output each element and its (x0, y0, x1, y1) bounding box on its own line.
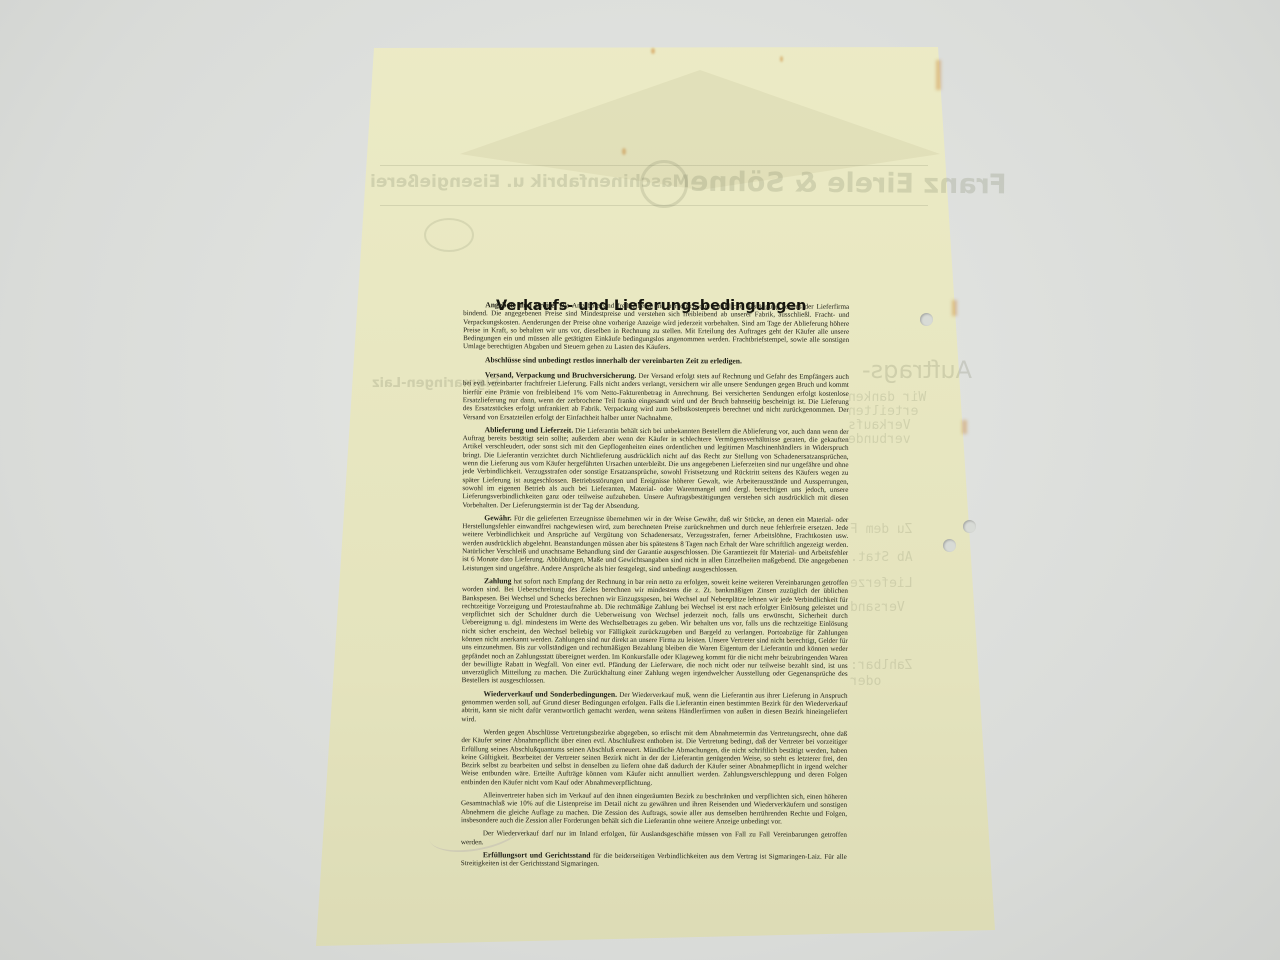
ghost-fragment: erteilten (848, 404, 918, 419)
ghost-company-name: Franz Eirele & Söhne (690, 167, 1007, 201)
terms-section: Werden gegen Abschlüsse Vertretungsbezir… (461, 728, 847, 788)
punch-hole (943, 539, 956, 552)
section-heading: Angebote und Preise. (485, 300, 556, 309)
ghost-fragment: Lieferze (850, 576, 913, 591)
terms-section: Alleinvertreter haben sich im Verkauf au… (461, 791, 847, 826)
edge-stain (936, 60, 941, 90)
punch-hole (963, 520, 976, 533)
terms-section: Zahlung hat sofort nach Empfang der Rech… (462, 577, 848, 687)
section-text: Für die gelieferten Erzeugnisse übernehm… (462, 514, 848, 573)
edge-stain (952, 300, 957, 316)
punch-hole (920, 313, 933, 326)
ghost-fragment: Wir danken (848, 390, 926, 405)
ghost-medal (424, 218, 474, 252)
section-heading: Zahlung (484, 576, 511, 585)
ghost-fragment: oder (850, 674, 881, 689)
section-heading: Abschlüsse sind unbedingt restlos innerh… (485, 355, 742, 365)
ghost-fragment: Ab Stat. (850, 550, 913, 565)
terms-section: Wiederverkauf und Sonderbedingungen. Der… (461, 690, 847, 725)
terms-section: Erfüllungsort und Gerichtsstand für die … (461, 851, 847, 869)
section-text: Der Versand erfolgt stets auf Rechnung u… (463, 372, 849, 422)
section-heading: Ablieferung und Lieferzeit. (485, 425, 574, 434)
section-heading: Versand, Verpackung und Bruchversicherun… (485, 370, 636, 380)
section-text: Die Angebote sind freibleibend und nur d… (463, 302, 849, 352)
terms-section: Der Wiederverkauf darf nur im Inland erf… (461, 829, 847, 847)
section-text: Alleinvertreter haben sich im Verkauf au… (461, 791, 847, 825)
ghost-order-heading: Auftrags- (862, 356, 972, 384)
section-heading: Wiederverkauf und Sonderbedingungen. (484, 689, 617, 699)
ghost-fragment: Zu dem F (850, 522, 913, 537)
terms-section: Angebote und Preise. Die Angebote sind f… (463, 301, 849, 352)
terms-section: Gewähr. Für die gelieferten Erzeugnisse … (462, 514, 848, 574)
section-text: Die Lieferantin behält sich bei unbekann… (462, 427, 848, 510)
section-heading: Gewähr. (484, 513, 511, 522)
section-text: hat sofort nach Empfang der Rechnung in … (462, 577, 848, 685)
section-text: Werden gegen Abschlüsse Vertretungsbezir… (461, 728, 847, 787)
section-text: Der Wiederverkauf darf nur im Inland erf… (461, 829, 847, 845)
ghost-fragment: Versand (850, 600, 905, 615)
ghost-company-subtitle: Maschinenfabrik u. Eisengießerei (370, 172, 689, 192)
terms-section: Versand, Verpackung und Bruchversicherun… (463, 371, 849, 422)
ghost-fragment: Verkaufs (848, 418, 911, 433)
edge-stain (962, 420, 967, 434)
terms-body: Angebote und Preise. Die Angebote sind f… (461, 301, 849, 874)
section-heading: Erfüllungsort und Gerichtsstand (483, 850, 591, 859)
rust-spot (780, 56, 783, 62)
terms-section: Abschlüsse sind unbedingt restlos innerh… (463, 356, 849, 366)
terms-section: Ablieferung und Lieferzeit. Die Lieferan… (462, 426, 848, 511)
ghost-fragment: Zahlbar: (850, 658, 913, 673)
ghost-fragment: verbunde (848, 432, 911, 447)
rust-spot (651, 48, 655, 54)
